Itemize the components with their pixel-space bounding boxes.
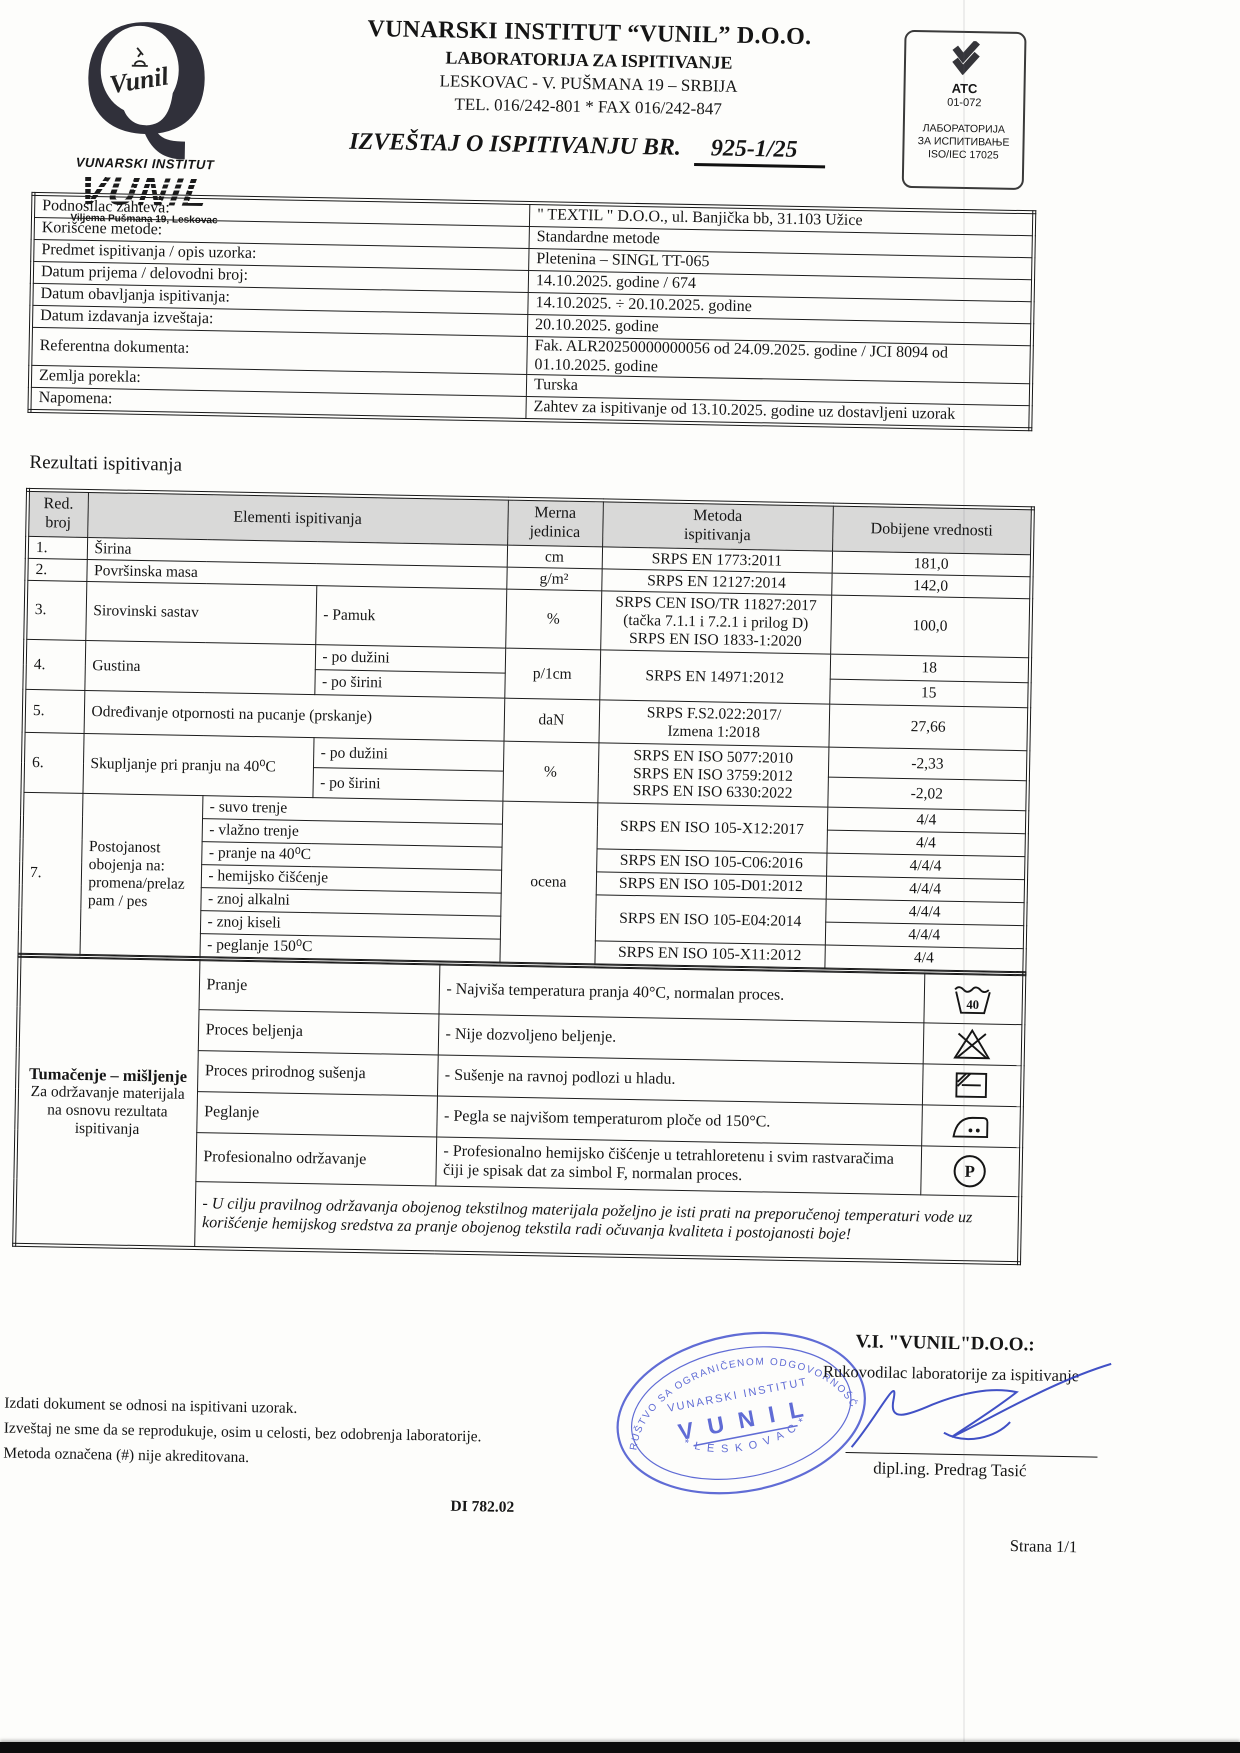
element-name: Određivanje otpornosti na pucanje (prska… (84, 690, 505, 741)
unit: ocena (499, 801, 597, 965)
row-num: 1. (27, 536, 87, 559)
method: SRPS EN ISO 105-E04:2014 (595, 895, 826, 945)
care-label: Profesionalno održavanje (195, 1133, 436, 1186)
care-symbol-cell: P (920, 1146, 1021, 1197)
result-value: -2,02 (827, 777, 1028, 811)
letterhead: VUNARSKI INSTITUT “VUNIL” D.O.O. LABORAT… (292, 15, 885, 170)
col-header-elements: Elementi ispitivanja (87, 491, 508, 545)
care-label: Peglanje (196, 1092, 437, 1137)
care-symbol-cell (921, 1105, 1022, 1148)
row-num: 5. (24, 689, 85, 733)
method: SRPS EN ISO 5077:2010 SRPS EN ISO 3759:2… (597, 743, 828, 807)
logo-script-text: Vunil (108, 63, 171, 98)
method: SRPS EN 14971:2012 (599, 650, 830, 704)
scan-tilted-content: Q Vunil VUNARSKI INSTITUT VUNIL Viljema … (0, 0, 1200, 21)
unit: % (502, 741, 598, 803)
document-code: DI 782.02 (450, 1498, 514, 1517)
report-title: IZVEŠTAJ O ISPITIVANJU BR. (349, 129, 681, 161)
result-value: -2,33 (828, 747, 1029, 781)
element-sub: - Pamuk (315, 586, 506, 648)
method: SRPS F.S2.022:2017/ Izmena 1:2018 (599, 700, 830, 747)
footer-notes: ► Izdati dokument se odnosi na ispitivan… (0, 1391, 598, 1477)
element-sub: - po dužini (315, 645, 505, 673)
results-section: Rezultati ispitivanja Red. broj Elementi… (12, 452, 1036, 1265)
col-header-method: Metoda ispitivanja (602, 500, 833, 551)
col-header-unit: Merna jedinica (507, 499, 603, 547)
element-sub: - po širini (314, 670, 504, 698)
iron-icon (949, 1110, 992, 1143)
q-logo: Q Vunil (55, 4, 238, 155)
col-header-num: Red. broj (27, 490, 88, 538)
element-name: Postojanost obojenja na: promena/prelaz … (79, 793, 202, 958)
result-value: 18 (830, 654, 1030, 683)
cert-checkmark-icon (943, 41, 988, 76)
results-heading: Rezultati ispitivanja (29, 452, 1036, 492)
results-table: Red. broj Elementi ispitivanja Merna jed… (17, 488, 1034, 975)
signature-scribble (843, 1345, 1125, 1465)
bullet-arrow-icon: ► (0, 1420, 4, 1438)
unit: daN (504, 698, 600, 743)
page-number: Strana 1/1 (1010, 1536, 1078, 1557)
care-note: - U cilju pravilnog održavanja obojenog … (194, 1182, 1020, 1264)
professional-p-icon: P (951, 1153, 990, 1190)
row-num: 2. (26, 558, 86, 581)
col-header-values: Dobijene vrednosti (832, 505, 1033, 555)
element-sub: - po dužini (313, 738, 504, 771)
result-value: 15 (829, 679, 1029, 708)
bullet-arrow-icon: ► (0, 1395, 4, 1413)
dry-flat-in-shade-icon (951, 1068, 992, 1103)
result-value: 100,0 (830, 595, 1031, 658)
scan-fold-line (963, 0, 965, 1753)
row-num: 7. (20, 792, 83, 956)
care-label: Proces beljenja (198, 1010, 439, 1055)
element-name: Skupljanje pri pranju na 40⁰C (82, 733, 313, 797)
care-text: - Najviša temperatura pranja 40°C, norma… (438, 963, 924, 1022)
wash-temp-label: 40 (967, 998, 980, 1012)
row-num: 6. (22, 732, 83, 793)
element-name: Sirovinski sastav (85, 581, 316, 644)
care-label: Pranje (199, 959, 440, 1014)
result-value: 27,66 (828, 704, 1029, 751)
row-num: 3. (25, 580, 86, 640)
element-sub: - po širini (312, 768, 503, 801)
professional-letter: P (965, 1162, 976, 1181)
unit: % (505, 589, 601, 650)
element-name: Gustina (84, 640, 315, 694)
interpretation-table: Tumačenje – mišljenje Za održavanje mate… (12, 954, 1026, 1265)
row-num: 4. (24, 639, 85, 690)
footer-note-text: Metoda označena (#) nije akreditovana. (3, 1441, 249, 1470)
scan-edge-strip (0, 1742, 1240, 1753)
care-symbol-cell (922, 1064, 1023, 1107)
care-symbol-cell: 40 (923, 972, 1024, 1024)
method: SRPS CEN ISO/TR 11827:2017 (tačka 7.1.1 … (600, 591, 831, 654)
report-number: 925-1/25 (695, 135, 826, 168)
unit: cm (507, 545, 602, 569)
care-symbol-cell (923, 1023, 1024, 1066)
bullet-arrow-icon: ► (0, 1445, 4, 1463)
interpretation-subtitle: Za održavanje materijala na osnovu rezul… (25, 1083, 189, 1140)
unit: p/1cm (504, 648, 600, 700)
report-title-row: IZVEŠTAJ O ISPITIVANJU BR.925-1/25 (292, 128, 882, 170)
care-text: - Profesionalno hemijsko čišćenje u tetr… (435, 1137, 921, 1195)
method: SRPS EN ISO 105-X12:2017 (597, 803, 828, 853)
unit: g/m² (506, 567, 601, 591)
do-not-bleach-icon (952, 1027, 993, 1062)
request-info-table: Podnosilac zahteva: " TEXTIL " D.O.O., u… (27, 192, 1036, 431)
interpretation-header: Tumačenje – mišljenje Za održavanje mate… (14, 956, 199, 1248)
wash-40-icon: 40 (953, 982, 994, 1017)
scanned-test-report-page: Q Vunil VUNARSKI INSTITUT VUNIL Viljema … (0, 0, 1240, 1753)
care-label: Proces prirodnog sušenja (197, 1051, 438, 1096)
